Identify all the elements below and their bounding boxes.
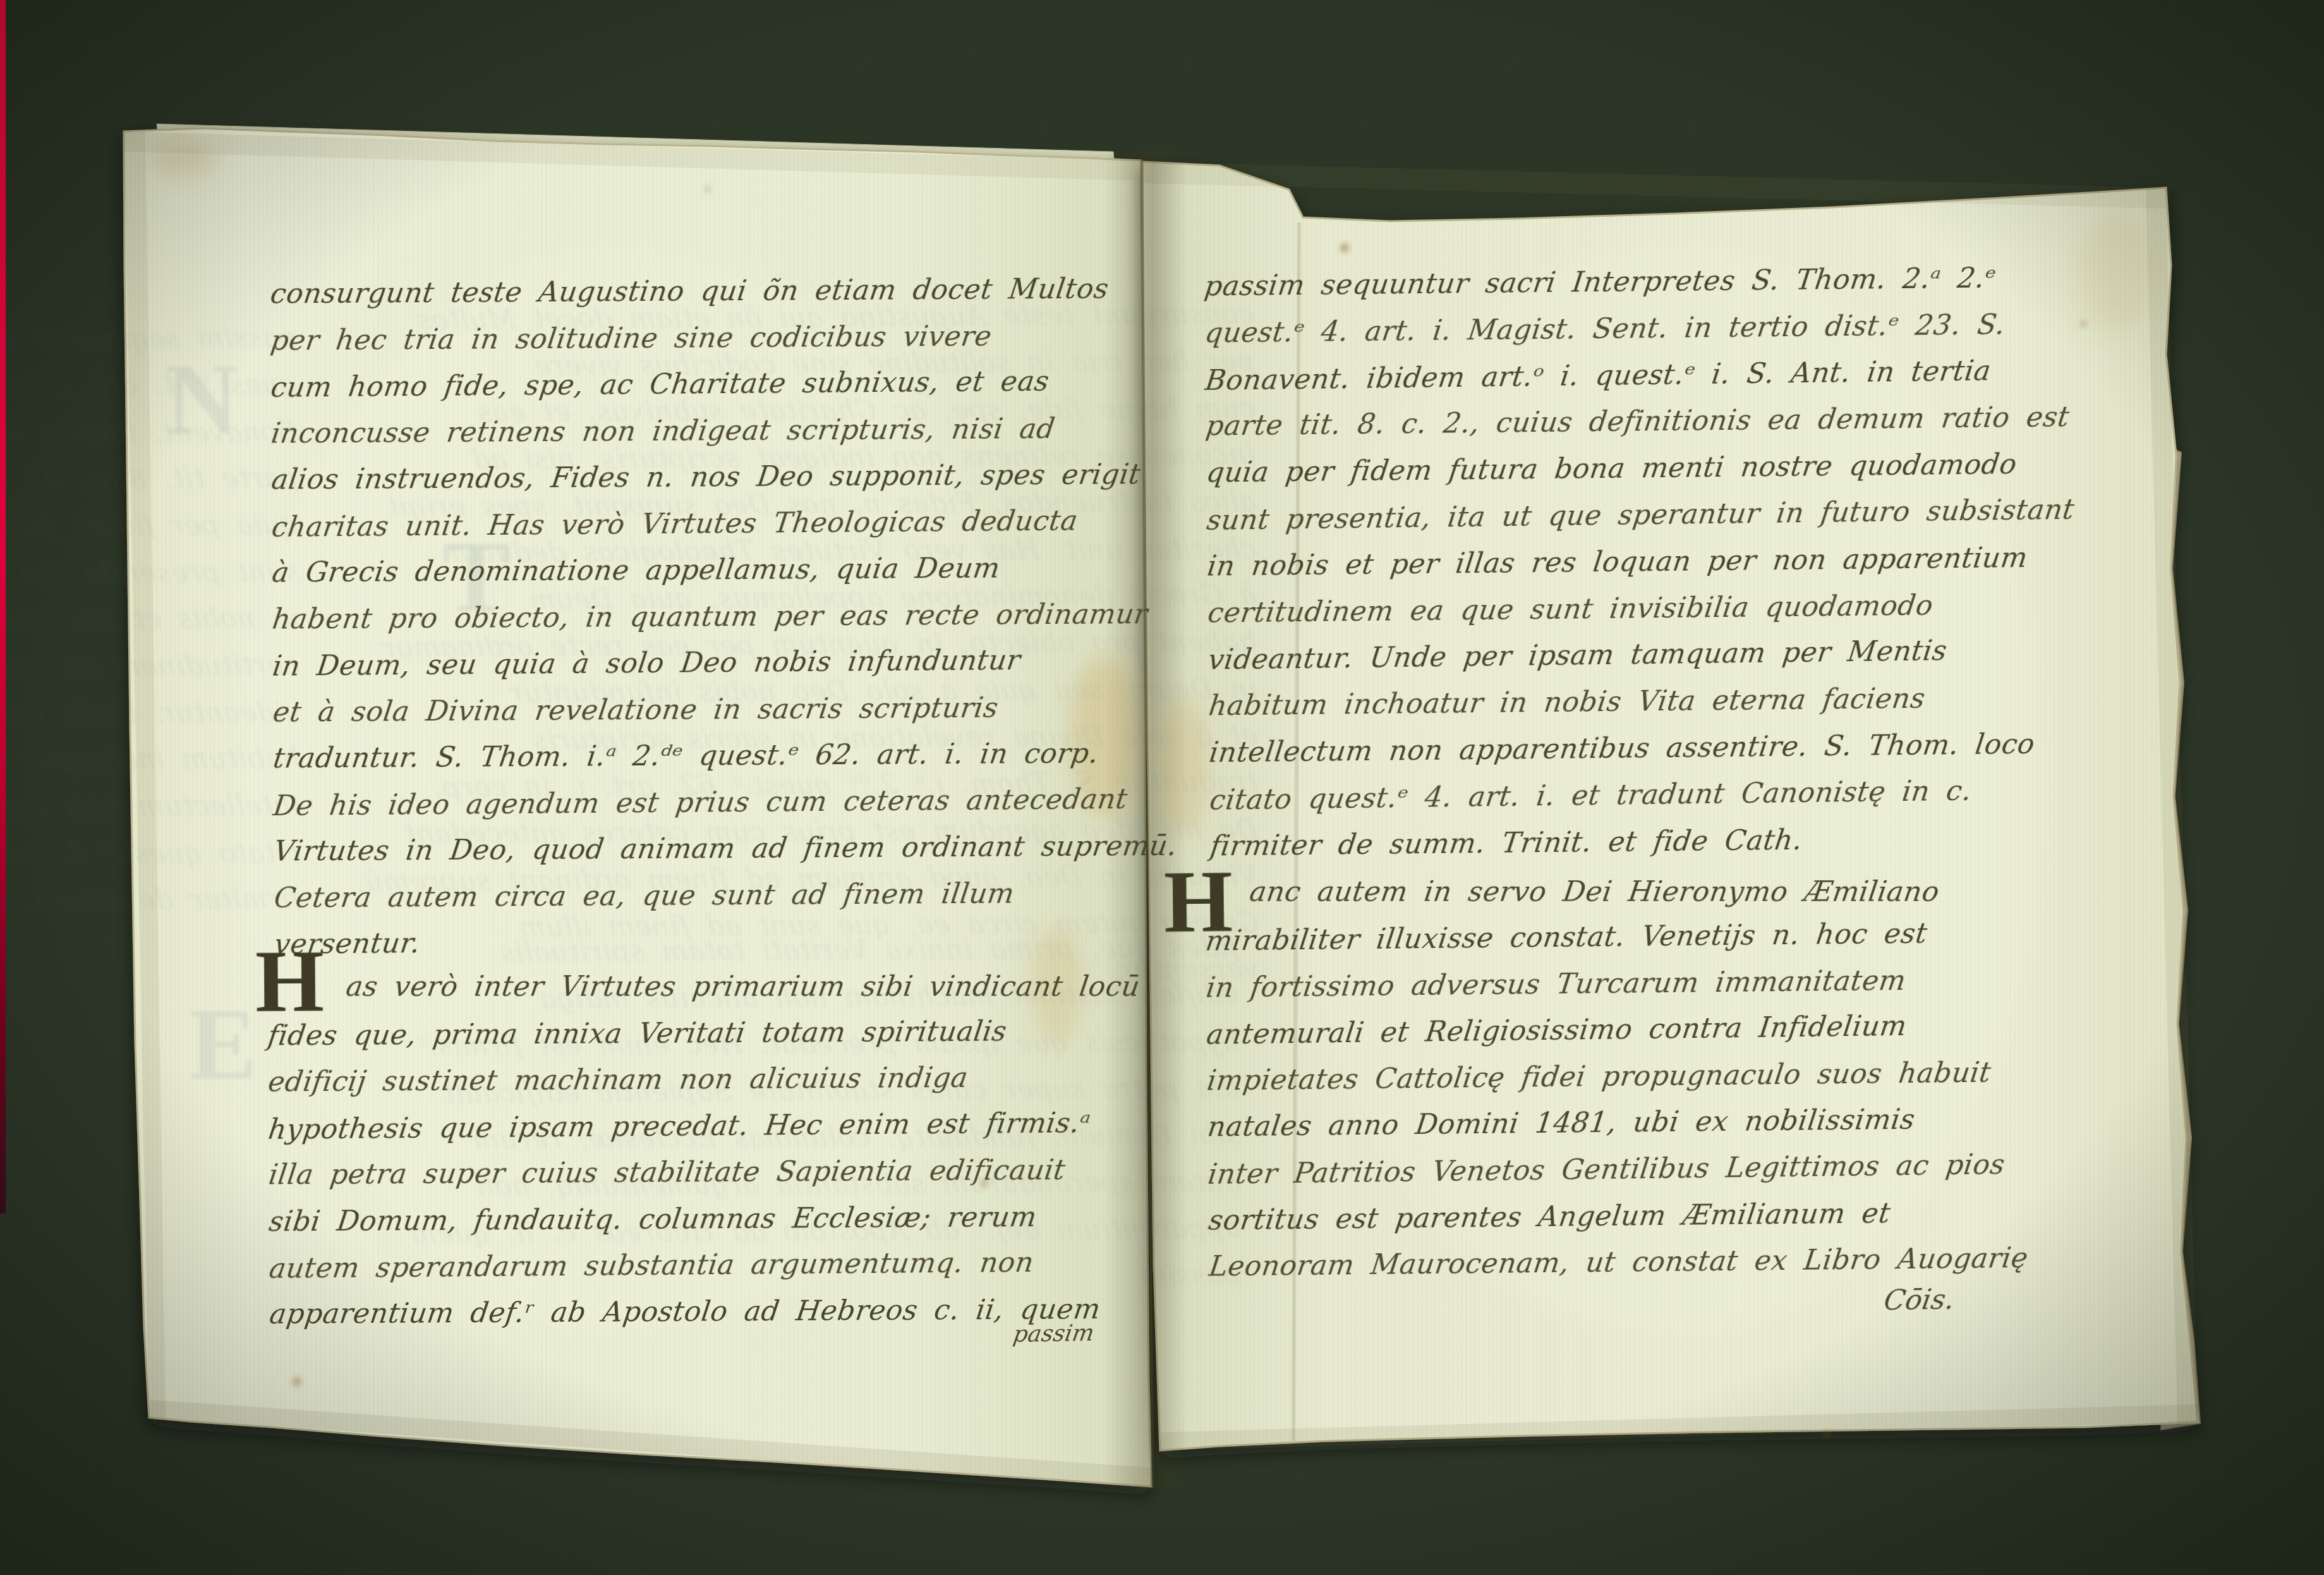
manuscript-line: fides que, prima innixa Veritati totam s… xyxy=(265,1013,1009,1055)
manuscript-line: sibi Domum, fundauitq. columnas Ecclesiæ… xyxy=(267,1198,1039,1241)
manuscript-line: sortitus est parentes Angelum Æmilianum … xyxy=(1206,1195,1892,1239)
manuscript-line: consurgunt teste Augustino qui õn etiam … xyxy=(268,271,1111,313)
manuscript-photo: passim sequuntur sacri Interpretes S. Th… xyxy=(0,0,2324,1575)
manuscript-line: traduntur. S. Thom. i.ᵃ 2.ᵈᵉ quest.ᵉ 62.… xyxy=(271,735,1101,778)
manuscript-line: passim sequuntur sacri Interpretes S. Th… xyxy=(0,319,300,363)
manuscript-line: et à sola Divina revelatione in sacris s… xyxy=(270,689,1000,731)
manuscript-line: illa petra super cuius stabilitate Sapie… xyxy=(266,1152,1067,1195)
showthrough-letter: E xyxy=(190,986,257,1103)
manuscript-line: alios instruendos, Fides n. nos Deo supp… xyxy=(269,456,1143,499)
manuscript-line: firmiter de summ. Trinit. et fide Cath. xyxy=(0,880,304,922)
manuscript-line: quia per fidem futura bona menti nostre … xyxy=(0,506,301,550)
manuscript-line: in Deum, seu quia à solo Deo nobis infun… xyxy=(270,642,1023,686)
manuscript-line: in nobis et per illas res loquan per non… xyxy=(0,600,302,643)
manuscript-line: edificij sustinet machinam non alicuius … xyxy=(266,1060,971,1102)
manuscript-line: firmiter de summ. Trinit. et fide Cath. xyxy=(1208,822,1805,866)
manuscript-line: inconcusse retinens non indigeat scriptu… xyxy=(269,410,1057,453)
showthrough-letter: N xyxy=(166,341,239,458)
left-page-catchword: passim xyxy=(1012,1320,1096,1347)
manuscript-line: certitudinem ea que sunt invisibilia quo… xyxy=(1206,587,1935,633)
manuscript-line: hypothesis que ipsam precedat. Hec enim … xyxy=(266,1104,1092,1149)
manuscript-line: apparentium def.ʳ ab Apostolo ad Hebreos… xyxy=(267,1291,1103,1334)
manuscript-line: charitas unit. Has verò Virtutes Theolog… xyxy=(269,502,1080,547)
manuscript-line: à Grecis denominatione appellamus, quia … xyxy=(270,550,1003,592)
manuscript-line: habitum inchoatur in nobis Vita eterna f… xyxy=(1206,680,1927,726)
manuscript-line: impietates Cattolicę fidei propugnaculo … xyxy=(1205,1054,1994,1100)
manuscript-line: fides que, prima innixa Veritati totam s… xyxy=(497,929,1242,972)
manuscript-line: videantur. Unde per ipsam tamquam per Me… xyxy=(0,694,303,736)
manuscript-line: mirabiliter illuxisse constat. Venetijs … xyxy=(1203,915,1929,961)
manuscript-line: habitum inchoatur in nobis Vita eterna f… xyxy=(0,740,303,783)
manuscript-line: Cetera autem circa ea, que sunt ad finem… xyxy=(272,875,1017,917)
left-page-paragraph-2-first-line: as verò inter Virtutes primarium sibi vi… xyxy=(344,971,1142,1003)
manuscript-line: citato quest.ᵉ 4. art. i. et tradunt Can… xyxy=(0,834,303,876)
manuscript-line: cum homo fide, spe, ac Charitate subnixu… xyxy=(269,363,1051,407)
manuscript-line: habent pro obiecto, in quantum per eas r… xyxy=(270,595,1150,639)
manuscript-line: per hec tria in solitudine sine codicibu… xyxy=(269,318,995,360)
left-page-drop-cap: H xyxy=(255,947,325,1017)
manuscript-line: Bonavent. ibidem art.ᵒ i. quest.ᵉ i. S. … xyxy=(0,413,301,455)
manuscript-line: certitudinem ea que sunt invisibilia quo… xyxy=(0,647,302,690)
manuscript-line: intellectum non apparentibus assentire. … xyxy=(0,787,303,830)
right-page-paragraph-2-first-line: anc autem in servo Dei Hieronymo Æmilian… xyxy=(1247,876,1941,908)
manuscript-line: in fortissimo adversus Turcarum immanita… xyxy=(1204,962,1908,1007)
manuscript-line: natales anno Domini 1481, ubi ex nobilis… xyxy=(1205,1102,1917,1147)
right-page-catchword: Cōis. xyxy=(1882,1284,1957,1317)
manuscript-line: autem sperandarum substantia argumentumq… xyxy=(267,1244,1036,1288)
manuscript-line: Virtutes in Deo, quod animam ad finem or… xyxy=(272,827,1180,871)
manuscript-line: quest.ᵉ 4. art. i. Magist. Sent. in tert… xyxy=(0,366,300,410)
manuscript-line: parte tit. 8. c. 2., cuius definitionis … xyxy=(0,459,301,503)
manuscript-line: sunt presentia, ita ut que sperantur in … xyxy=(0,554,301,596)
manuscript-line: De his ideo agendum est prius cum cetera… xyxy=(271,781,1130,825)
